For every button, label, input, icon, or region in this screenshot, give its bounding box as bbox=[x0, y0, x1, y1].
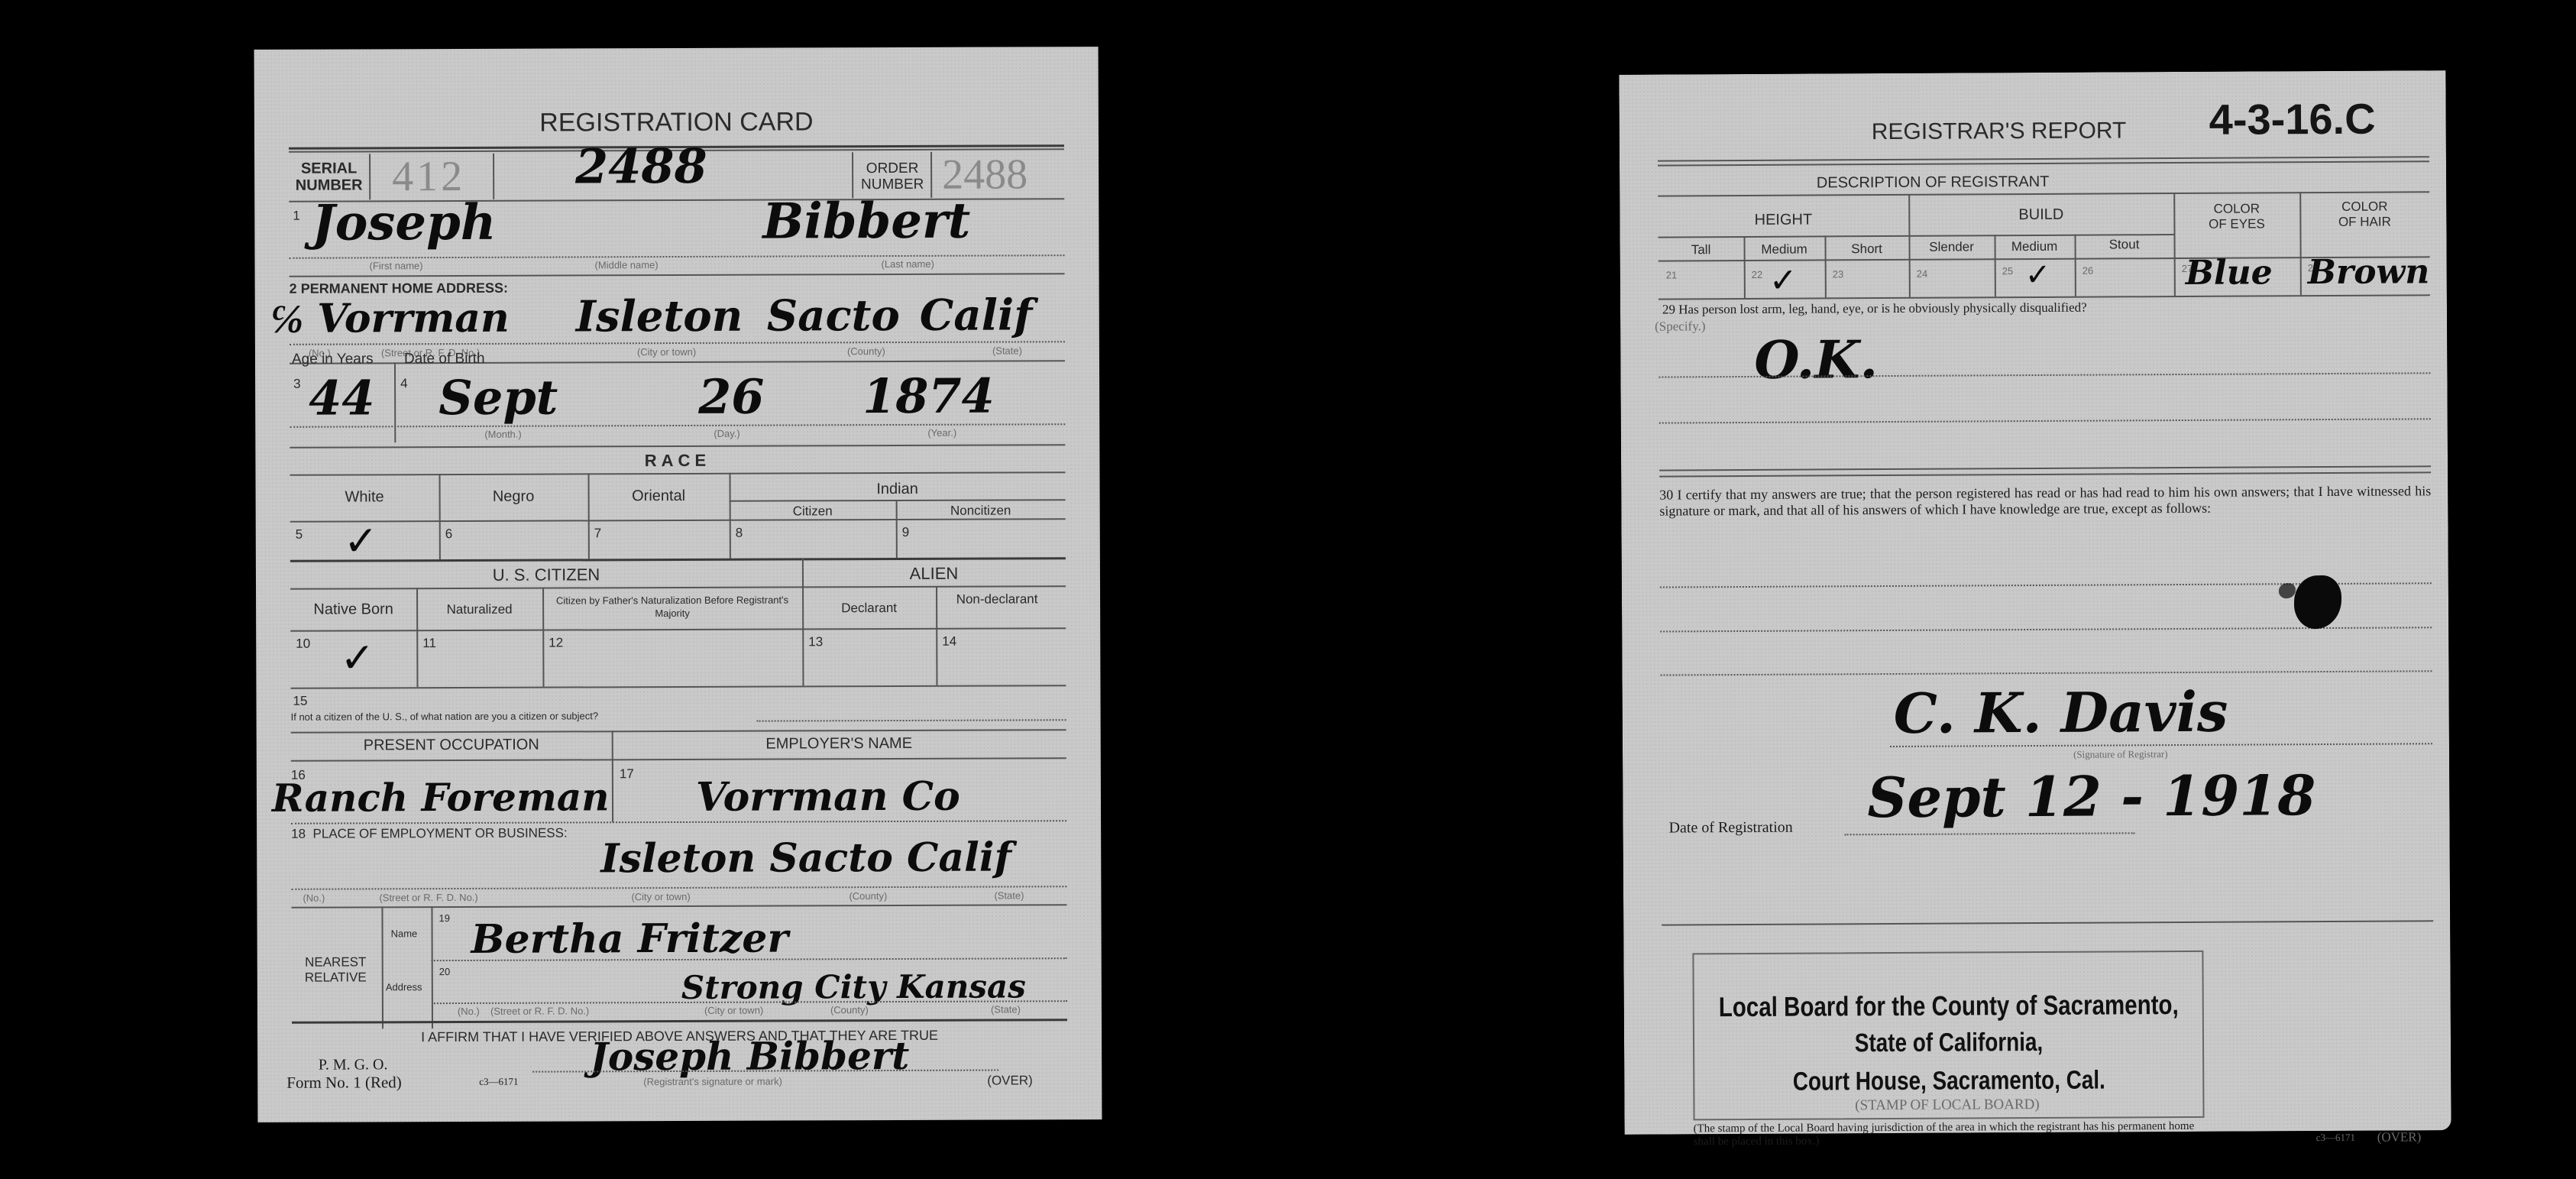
last-name: Bibbert bbox=[762, 193, 970, 251]
us-citizen-header: U. S. CITIZEN bbox=[290, 564, 802, 585]
stamp-footnote: (The stamp of the Local Board having jur… bbox=[1694, 1120, 2213, 1149]
stamp-line-1: Local Board for the County of Sacramento… bbox=[1695, 989, 2202, 1023]
address-county: Sacto bbox=[767, 290, 900, 342]
race-col-white[interactable]: White 5 ✓ bbox=[254, 47, 1099, 50]
report-title: REGISTRAR'S REPORT bbox=[1872, 118, 2127, 145]
description-header: DESCRIPTION OF REGISTRANT bbox=[1658, 173, 2208, 193]
race-col-oriental[interactable]: Oriental 7 bbox=[254, 47, 1099, 50]
registrar-signature: C. K. Davis bbox=[1894, 679, 2228, 746]
dob-year: 1874 bbox=[862, 368, 995, 425]
build-stout[interactable]: Stout 26 bbox=[1619, 70, 2445, 75]
build-medium-checkmark: ✓ bbox=[2025, 258, 2051, 293]
registrars-report-back: REGISTRAR'S REPORT 4-3-16.C DESCRIPTION … bbox=[1619, 70, 2451, 1135]
address-street: ℅ Vorrman bbox=[270, 295, 510, 342]
over-label-back: (OVER) bbox=[2377, 1129, 2422, 1145]
first-name: Joseph bbox=[312, 194, 496, 252]
height-short[interactable]: Short 23 bbox=[1619, 70, 2445, 75]
employer-value: Vorrman Co bbox=[696, 773, 960, 821]
eye-color-value: Blue bbox=[2186, 253, 2273, 293]
race-col-indian-citizen[interactable]: Citizen 8 bbox=[254, 47, 1099, 50]
stamp-line-3: Court House, Sacramento, Cal. bbox=[1695, 1065, 2202, 1097]
nearest-relative-label: NEAREST RELATIVE bbox=[292, 954, 380, 985]
race-col-indian-noncitizen[interactable]: Noncitizen 9 bbox=[254, 47, 1099, 50]
stamp-line-2: State of California, bbox=[1695, 1027, 2202, 1059]
dob-month: Sept bbox=[439, 370, 558, 426]
date-of-registration-value: Sept 12 - 1918 bbox=[1867, 763, 2316, 830]
card-title: REGISTRATION CARD bbox=[254, 106, 1099, 139]
q29-text: 29 Has person lost arm, leg, hand, eye, … bbox=[1662, 298, 2434, 317]
citizen-col-naturalized[interactable]: Naturalized 11 bbox=[254, 47, 1099, 50]
over-label: (OVER) bbox=[987, 1073, 1033, 1088]
citizen-col-by-father[interactable]: Citizen by Father's Naturalization Befor… bbox=[254, 47, 1099, 50]
place-of-employment-value: Isleton Sacto Calif bbox=[600, 834, 1011, 882]
report-code: 4-3-16.C bbox=[2209, 94, 2376, 144]
height-tall[interactable]: Tall 21 bbox=[1619, 70, 2445, 75]
alien-header: ALIEN bbox=[802, 563, 1066, 584]
nation-question: If not a citizen of the U. S., of what n… bbox=[291, 710, 599, 722]
order-number-label: ORDER NUMBER bbox=[858, 160, 927, 193]
q30-certification: 30 I certify that my answers are true; t… bbox=[1659, 483, 2431, 519]
hair-color-header: COLOROF HAIR bbox=[2299, 199, 2429, 230]
ink-blot bbox=[2294, 575, 2341, 629]
registration-card-front: REGISTRATION CARD SERIAL NUMBER 412 2488… bbox=[254, 47, 1102, 1122]
address-city: Isleton bbox=[576, 291, 743, 342]
hair-color-value: Brown bbox=[2308, 252, 2430, 292]
alien-col-declarant[interactable]: Declarant 13 bbox=[254, 47, 1099, 50]
ink-blot-speck bbox=[2279, 583, 2296, 598]
race-col-negro[interactable]: Negro 6 bbox=[254, 47, 1099, 50]
height-medium[interactable]: Medium 22 ✓ bbox=[1619, 70, 2445, 75]
q29-answer: O.K. bbox=[1754, 329, 1878, 391]
eye-color-header: COLOROF EYES bbox=[2173, 201, 2299, 232]
build-medium[interactable]: Medium 25 ✓ bbox=[1619, 70, 2445, 75]
native-born-checkmark: ✓ bbox=[340, 633, 374, 682]
build-slender[interactable]: Slender 24 bbox=[1619, 70, 2445, 75]
height-medium-checkmark: ✓ bbox=[1769, 261, 1798, 300]
place-of-employment-label: 18 PLACE OF EMPLOYMENT OR BUSINESS: bbox=[291, 826, 568, 842]
relative-name: Bertha Fritzer bbox=[471, 915, 788, 962]
occupation-value: Ranch Foreman bbox=[272, 774, 610, 821]
age-value: 44 bbox=[309, 370, 375, 426]
registrant-signature: Joseph Bibbert bbox=[590, 1033, 909, 1079]
alien-col-non-declarant[interactable]: Non-declarant 14 bbox=[254, 47, 1099, 50]
date-of-registration-label: Date of Registration bbox=[1668, 819, 1792, 837]
citizen-col-native-born[interactable]: Native Born 10 ✓ bbox=[254, 47, 1099, 50]
race-header: RACE bbox=[255, 449, 1099, 472]
address-state: Calif bbox=[920, 290, 1033, 341]
race-white-checkmark: ✓ bbox=[344, 517, 378, 565]
dob-day: 26 bbox=[698, 369, 765, 425]
serial-number-handwritten: 2488 bbox=[575, 138, 707, 195]
serial-number-label: SERIAL NUMBER bbox=[293, 160, 365, 193]
